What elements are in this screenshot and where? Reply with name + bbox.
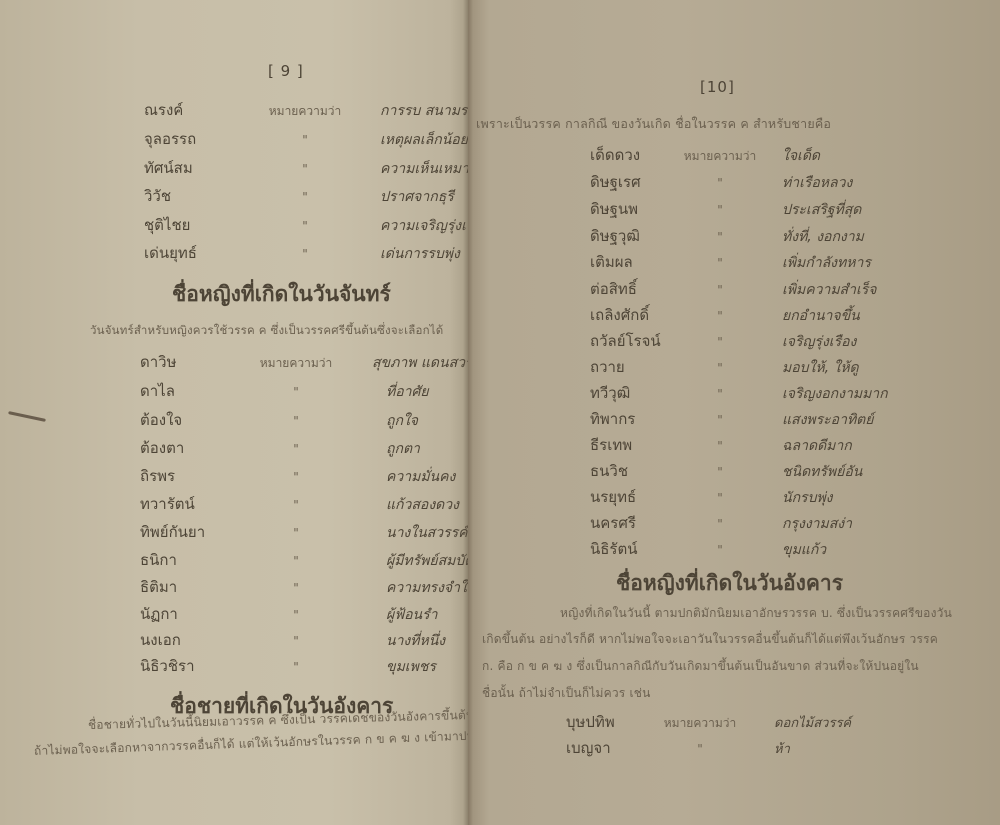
section-paragraph-line: หญิงที่เกิดในวันนี้ ตามปกติมักนิยมเอาอัก…	[560, 604, 952, 623]
list-item: ถวัลย์โรจน์ " เจริญรุ่งเรือง	[590, 329, 856, 353]
list-item: ทิพย์กันยา " นางในสวรรค์	[140, 520, 467, 544]
list-item: ทวารัตน์ " แก้วสองดวง	[140, 492, 459, 516]
list-item: ดาวิษ หมายความว่า สุขภาพ แดนสวรรค์	[140, 350, 468, 374]
list-item: ธิติมา " ความทรงจำในอดีต	[140, 575, 468, 599]
section-heading-monday-women: ชื่อหญิงที่เกิดในวันจันทร์	[172, 278, 391, 311]
list-item: ทวีวุฒิ " เจริญงอกงามมาก	[590, 381, 888, 405]
list-item: ทิพากร " แสงพระอาทิตย์	[590, 407, 873, 431]
page-number: [ 9 ]	[268, 62, 304, 80]
list-item: ณรงค์ หมายความว่า การรบ สนามรบ	[144, 98, 468, 122]
section-heading-tuesday-women: ชื่อหญิงที่เกิดในวันอังคาร	[616, 567, 843, 600]
pen-mark	[8, 411, 46, 422]
list-item: นงเอก " นางที่หนึ่ง	[140, 628, 445, 652]
list-item: นัฏกา " ผู้ฟ้อนรำ	[140, 602, 437, 626]
list-item: ธนิกา " ผู้มีทรัพย์สมบัติ	[140, 548, 468, 572]
list-item: นครศรี " กรุงงามสง่า	[590, 511, 852, 535]
list-item: เบญจา " ห้า	[566, 736, 790, 760]
list-item: ทัศน์สม " ความเห็นเหมาะสม	[144, 156, 468, 180]
list-item: นิธิวชิรา " ขุมเพชร	[140, 654, 436, 678]
list-item: ธีรเทพ " ฉลาดดีมาก	[590, 433, 852, 457]
page-number: [10]	[700, 78, 735, 96]
list-item: เถลิงศักดิ์ " ยกอำนาจขึ้น	[590, 303, 860, 327]
list-item: ธนวิช " ชนิดทรัพย์อัน	[590, 459, 862, 483]
section-intro: วันจันทร์สำหรับหญิงควรใช้วรรค ค ซึ่งเป็น…	[90, 322, 443, 340]
list-item: ถิรพร " ความมั่นคง	[140, 464, 455, 488]
list-item: เด็ดดวง หมายความว่า ใจเด็ด	[590, 143, 820, 167]
section-paragraph-line: ชื่อนั้น ถ้าไม่จำเป็นก็ไม่ควร เช่น	[482, 684, 651, 703]
list-item: เด่นยุทธ์ " เด่นการรบพุ่ง	[144, 241, 460, 265]
list-item: วิวัช " ปราศจากธุรี	[144, 184, 454, 208]
page-intro: เพราะเป็นวรรค กาลกิณี ของวันเกิด ชื่อในว…	[476, 114, 831, 134]
list-item: ต้องใจ " ถูกใจ	[140, 408, 418, 432]
list-item: ต้องตา " ถูกตา	[140, 436, 420, 460]
list-item: ดิษฐเรศ " ท่าเรือหลวง	[590, 170, 852, 194]
list-item: ต่อสิทธิ์ " เพิ่มความสำเร็จ	[590, 277, 876, 301]
list-item: ดิษฐวุฒิ " ทั่งที่, งอกงาม	[590, 224, 864, 248]
section-paragraph-line: เกิดขึ้นต้น อย่างไรก็ดี หากไม่พอใจจะเอาว…	[482, 630, 938, 649]
list-item: นิธิรัตน์ " ขุมแก้ว	[590, 537, 826, 561]
book-gutter	[463, 0, 473, 825]
section-paragraph-line: ก. คือ ก ข ค ฆ ง ซึ่งเป็นกาลกิณีกับวันเก…	[482, 657, 919, 676]
list-item: บุษปทิพ หมายความว่า ดอกไม้สวรรค์	[566, 710, 851, 734]
list-item: ดาไล " ที่อาศัย	[140, 379, 429, 403]
list-item: จุลอรรถ " เหตุผลเล็กน้อย	[144, 127, 468, 151]
list-item: เติมผล " เพิ่มกำลังทหาร	[590, 250, 871, 274]
left-page: [ 9 ] ณรงค์ หมายความว่า การรบ สนามรบ จุล…	[0, 0, 468, 825]
list-item: นรยุทธ์ " นักรบพุ่ง	[590, 485, 833, 509]
list-item: ดิษฐนพ " ประเสริฐที่สุด	[590, 197, 861, 221]
right-page: [10] เพราะเป็นวรรค กาลกิณี ของวันเกิด ชื…	[468, 0, 1000, 825]
list-item: ถวาย " มอบให้, ให้ดู	[590, 355, 859, 379]
list-item: ชุติไชย " ความเจริญรุ่งเรืองดีกว่า	[144, 213, 468, 237]
